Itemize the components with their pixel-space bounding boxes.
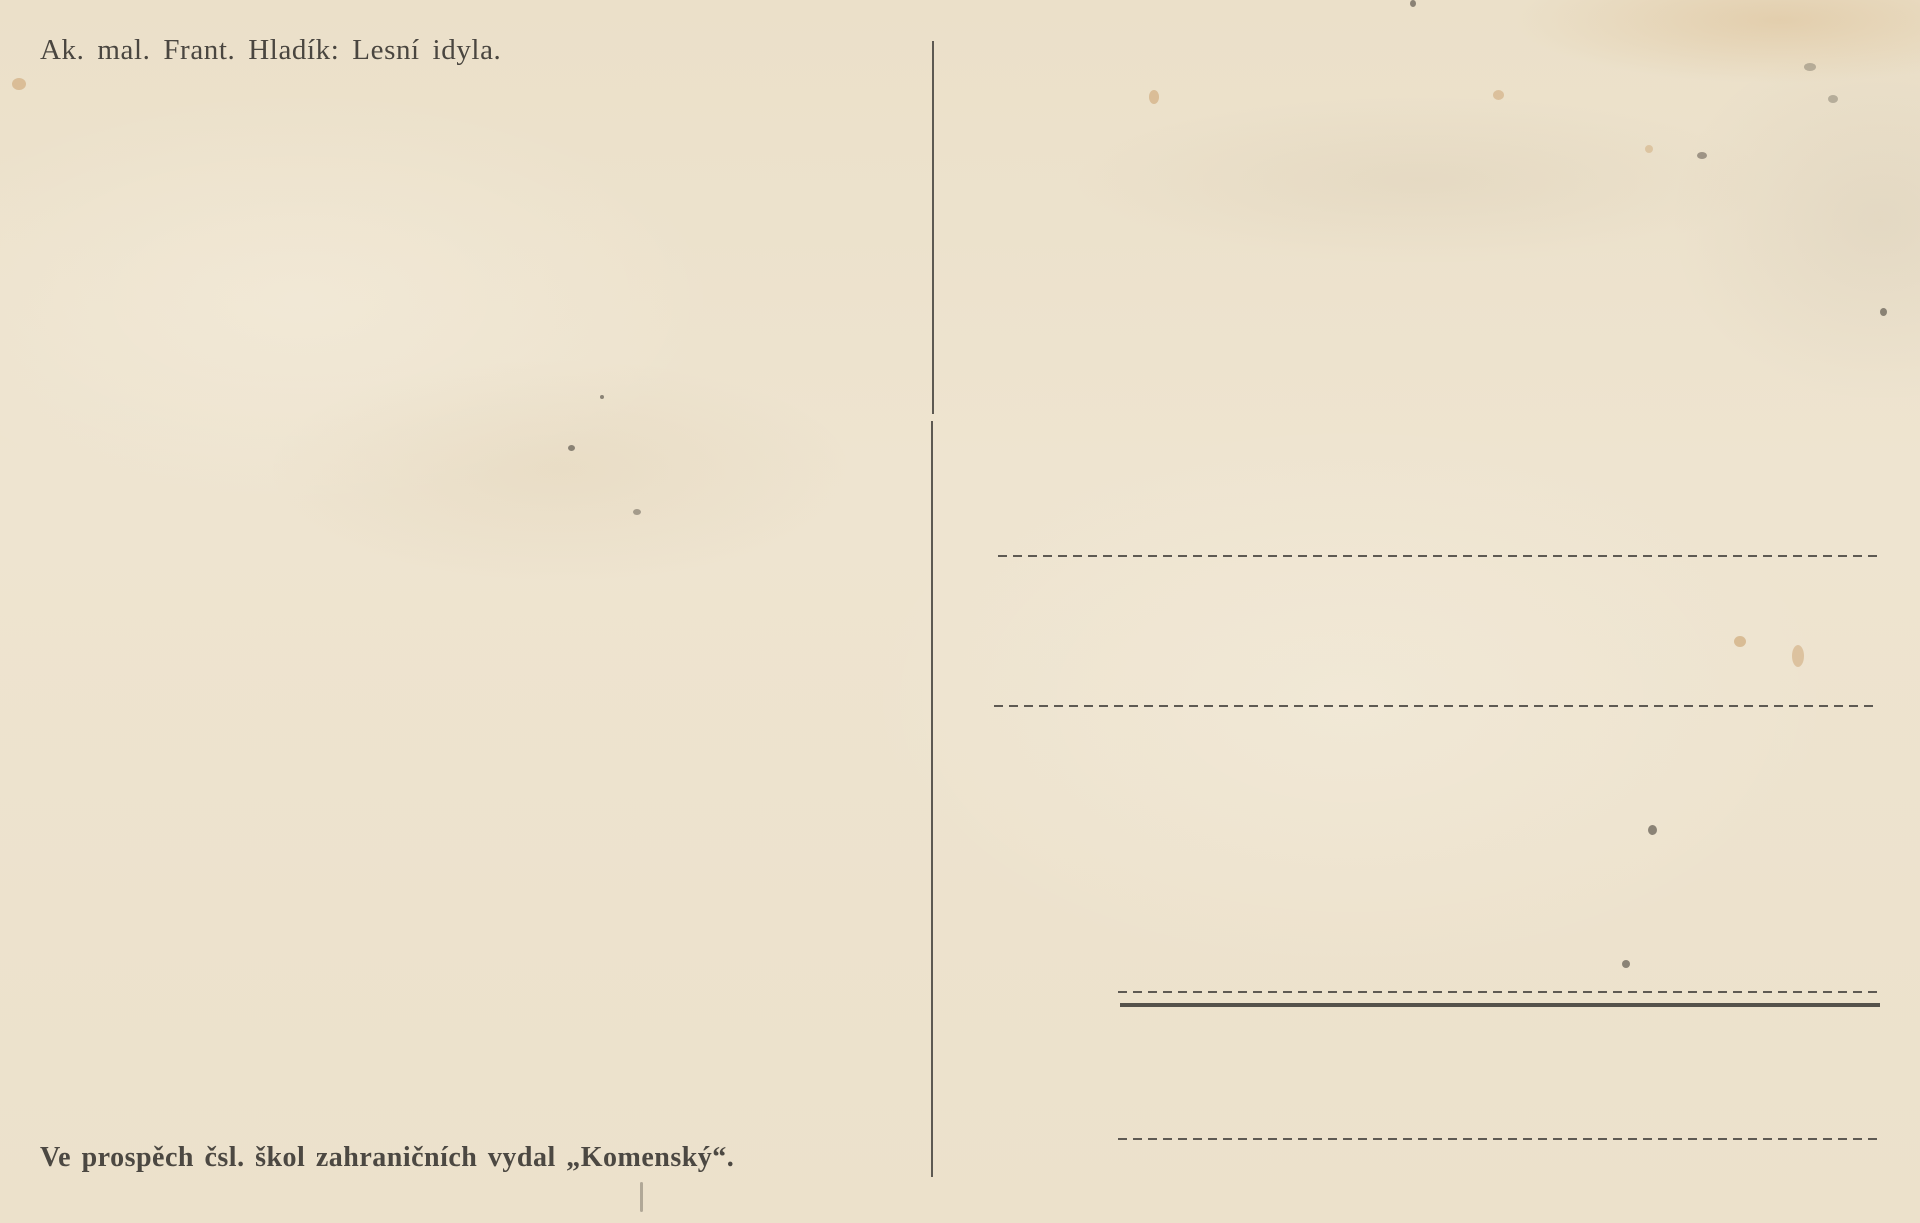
address-line-2 xyxy=(994,705,1876,707)
address-underline-solid xyxy=(1120,1003,1880,1007)
paper-speck xyxy=(600,395,604,399)
paper-speck xyxy=(1828,95,1838,103)
foxing-stain xyxy=(1493,90,1504,100)
foxing-stain xyxy=(1149,90,1159,104)
postcard-back: Ak. mal. Frant. Hladík: Lesní idyla. Ve … xyxy=(0,0,1920,1223)
paper-speck xyxy=(633,509,641,515)
paper-speck xyxy=(1880,308,1887,316)
address-line-3 xyxy=(1118,991,1880,993)
publisher-note: Ve prospěch čsl. škol zahraničních vydal… xyxy=(40,1144,734,1172)
foxing-stain xyxy=(1645,145,1653,153)
paper-speck xyxy=(1697,152,1707,159)
address-line-1 xyxy=(998,555,1881,557)
paper-speck xyxy=(568,445,575,451)
paper-speck xyxy=(1622,960,1630,968)
foxing-stain xyxy=(12,78,26,90)
address-line-4 xyxy=(1118,1138,1880,1140)
center-divider-upper xyxy=(932,41,934,414)
paper-speck xyxy=(1648,825,1657,835)
paper-speck xyxy=(1410,0,1416,7)
artwork-caption: Ak. mal. Frant. Hladík: Lesní idyla. xyxy=(40,36,501,65)
center-divider-lower xyxy=(931,421,933,1177)
paper-speck xyxy=(1804,63,1816,71)
paper-speck xyxy=(640,1182,643,1212)
foxing-stain xyxy=(1792,645,1804,667)
foxing-stain xyxy=(1734,636,1746,647)
